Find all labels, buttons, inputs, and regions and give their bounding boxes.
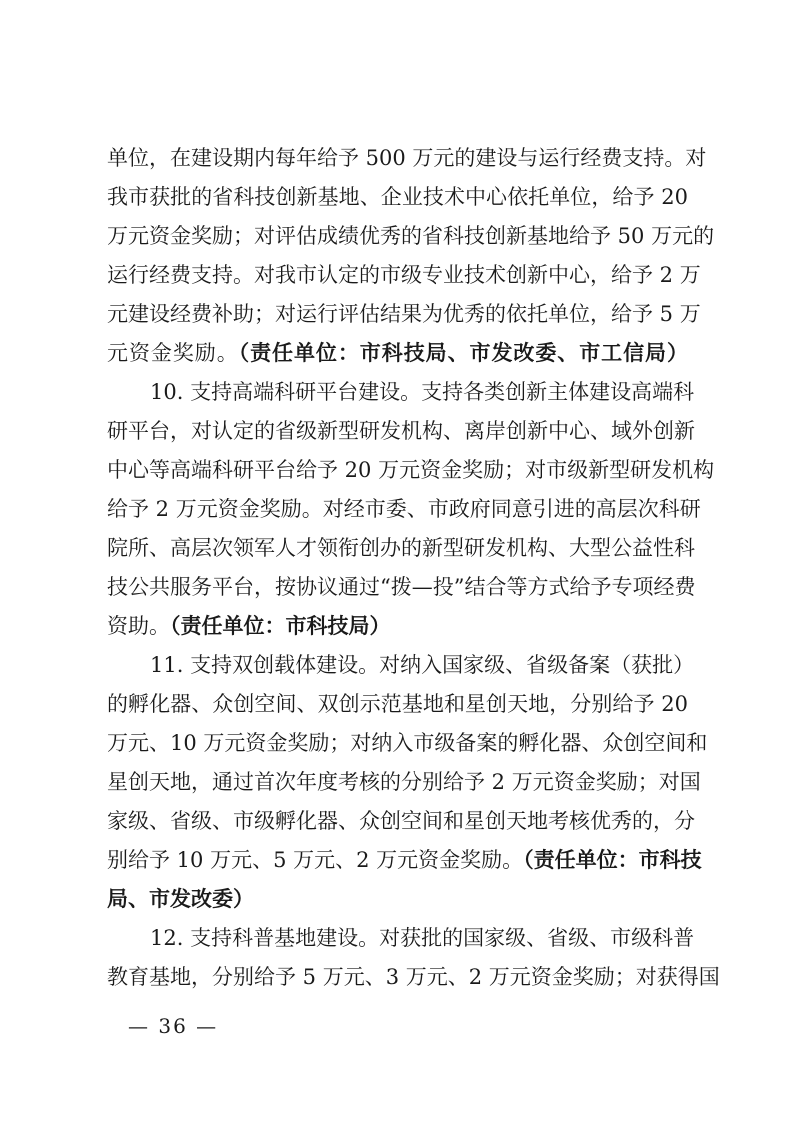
line-text: 别给予 10 万元、5 万元、2 万元资金奖励。 [107, 848, 523, 872]
paragraph-line: 院所、高层次领军人才领衔创办的新型研发机构、大型公益性科 [107, 533, 688, 563]
paragraph-line: 元建设经费补助；对运行评估结果为优秀的依托单位，给予 5 万 [107, 299, 688, 329]
paragraph-line: 家级、省级、市级孵化器、众创空间和星创天地考核优秀的，分 [107, 806, 688, 836]
paragraph-line: 给予 2 万元资金奖励。对经市委、市政府同意引进的高层次科研 [107, 494, 688, 524]
line-text: 单位，在建设期内每年给予 500 万元的建设与运行经费支持。对 [107, 146, 706, 170]
paragraph-line: 别给予 10 万元、5 万元、2 万元资金奖励。（责任单位：市科技 [107, 845, 688, 875]
responsible-units: （责任单位：市科技 [523, 848, 702, 872]
line-text: 12. 支持科普基地建设。对获批的国家级、省级、市级科普 [150, 926, 694, 950]
line-text: 中心等高端科研平台给予 20 万元资金奖励；对市级新型研发机构 [107, 458, 714, 482]
paragraph-line: 资助。（责任单位：市科技局） [107, 611, 688, 641]
line-text: 元建设经费补助；对运行评估结果为优秀的依托单位，给予 5 万 [107, 302, 701, 326]
line-text: 家级、省级、市级孵化器、众创空间和星创天地考核优秀的，分 [107, 809, 695, 833]
line-text: 万元、10 万元资金奖励；对纳入市级备案的孵化器、众创空间和 [107, 731, 707, 755]
line-text: 给予 2 万元资金奖励。对经市委、市政府同意引进的高层次科研 [107, 497, 701, 521]
paragraph-line: 运行经费支持。对我市认定的市级专业技术创新中心，给予 2 万 [107, 260, 688, 290]
paragraph-line: 元资金奖励。（责任单位：市科技局、市发改委、市工信局） [107, 338, 688, 368]
paragraph-line: 的孵化器、众创空间、双创示范基地和星创天地，分别给予 20 [107, 689, 688, 719]
line-text: 运行经费支持。对我市认定的市级专业技术创新中心，给予 2 万 [107, 263, 701, 287]
document-page: 单位，在建设期内每年给予 500 万元的建设与运行经费支持。对 我市获批的省科技… [0, 0, 793, 1122]
paragraph-line: 局、市发改委） [107, 884, 688, 914]
line-text: 技公共服务平台，按协议通过“拨—投”结合等方式给予专项经费 [107, 575, 695, 599]
line-text: 元资金奖励。 [107, 341, 239, 365]
line-text: 教育基地，分别给予 5 万元、3 万元、2 万元资金奖励；对获得国 [107, 965, 720, 989]
line-text: 10. 支持高端科研平台建设。支持各类创新主体建设高端科 [150, 380, 694, 404]
line-text: 资助。 [107, 614, 170, 638]
paragraph-line: 星创天地，通过首次年度考核的分别给予 2 万元资金奖励；对国 [107, 767, 688, 797]
line-text: 院所、高层次领军人才领衔创办的新型研发机构、大型公益性科 [107, 536, 695, 560]
paragraph-line: 单位，在建设期内每年给予 500 万元的建设与运行经费支持。对 [107, 143, 688, 173]
paragraph-line: 我市获批的省科技创新基地、企业技术中心依托单位，给予 20 [107, 182, 688, 212]
section-heading-line-12: 12. 支持科普基地建设。对获批的国家级、省级、市级科普 [150, 923, 688, 953]
responsible-units: 局、市发改委） [107, 887, 254, 911]
paragraph-line: 万元、10 万元资金奖励；对纳入市级备案的孵化器、众创空间和 [107, 728, 688, 758]
section-heading-line-11: 11. 支持双创载体建设。对纳入国家级、省级备案（获批） [150, 650, 688, 680]
section-heading-line-10: 10. 支持高端科研平台建设。支持各类创新主体建设高端科 [150, 377, 688, 407]
paragraph-line: 万元资金奖励；对评估成绩优秀的省科技创新基地给予 50 万元的 [107, 221, 688, 251]
paragraph-line: 技公共服务平台，按协议通过“拨—投”结合等方式给予专项经费 [107, 572, 688, 602]
line-text: 我市获批的省科技创新基地、企业技术中心依托单位，给予 20 [107, 185, 688, 209]
line-text: 研平台，对认定的省级新型研发机构、离岸创新中心、域外创新 [107, 419, 695, 443]
line-text: 星创天地，通过首次年度考核的分别给予 2 万元资金奖励；对国 [107, 770, 701, 794]
line-text: 11. 支持双创载体建设。对纳入国家级、省级备案（获批） [150, 653, 694, 677]
responsible-units: （责任单位：市科技局） [170, 614, 391, 638]
responsible-units: （责任单位：市科技局、市发改委、市工信局） [239, 341, 688, 365]
paragraph-line: 教育基地，分别给予 5 万元、3 万元、2 万元资金奖励；对获得国 [107, 962, 688, 992]
page-number: — 36 — [128, 1013, 218, 1039]
line-text: 的孵化器、众创空间、双创示范基地和星创天地，分别给予 20 [107, 692, 688, 716]
paragraph-line: 中心等高端科研平台给予 20 万元资金奖励；对市级新型研发机构 [107, 455, 688, 485]
paragraph-line: 研平台，对认定的省级新型研发机构、离岸创新中心、域外创新 [107, 416, 688, 446]
line-text: 万元资金奖励；对评估成绩优秀的省科技创新基地给予 50 万元的 [107, 224, 714, 248]
